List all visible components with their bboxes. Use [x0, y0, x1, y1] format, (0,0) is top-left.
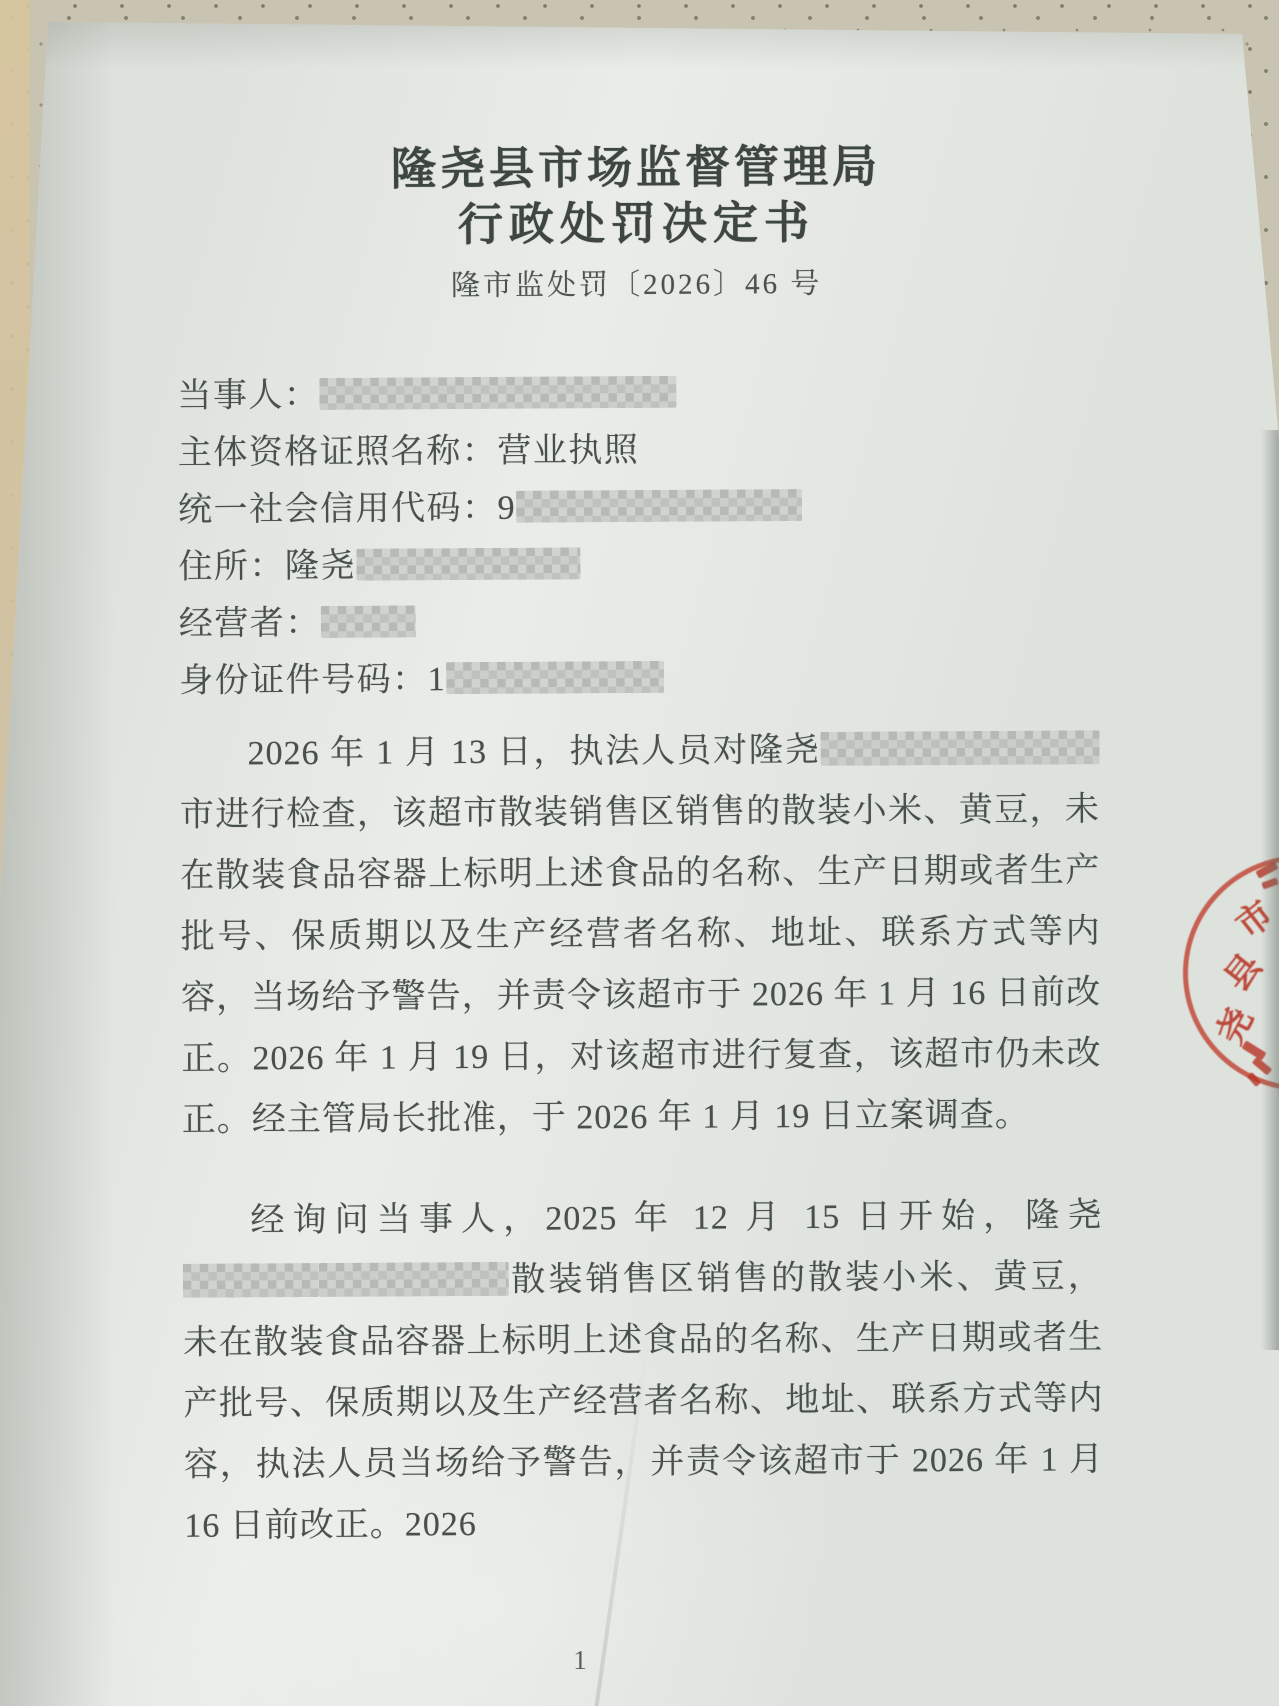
paragraph-text: 市进行检查，该超市散装销售区销售的散装小米、黄豆，未在散装食品容器上标明上述食品…: [180, 791, 1102, 1139]
redaction-mosaic: [319, 1262, 510, 1297]
redaction-mosaic: [356, 547, 581, 580]
field-value: 1: [428, 661, 447, 698]
field-row: 身份证件号码：1: [179, 647, 1099, 710]
photo-background: 隆尧县市场监督管理局 行政处罚决定书 隆市监处罚〔2026〕46 号 当事人：主…: [0, 0, 1279, 1706]
field-label: 主体资格证照名称：: [178, 433, 498, 472]
field-row: 当事人：: [177, 362, 1097, 425]
field-row: 统一社会信用代码：9: [178, 476, 1098, 539]
redaction-mosaic: [516, 489, 802, 523]
field-label: 身份证件号码：: [179, 661, 428, 700]
redaction-mosaic: [319, 376, 676, 410]
document-page: 隆尧县市场监督管理局 行政处罚决定书 隆市监处罚〔2026〕46 号 当事人：主…: [0, 0, 1279, 1706]
paragraph-text: 经询问当事人，2025 年 12 月 15 日开始，隆尧: [250, 1197, 1102, 1239]
field-value: 隆尧: [285, 548, 356, 585]
page-edge-shadow: [1261, 430, 1279, 1350]
field-row: 住所：隆尧: [178, 533, 1098, 596]
field-label: 统一社会信用代码：: [178, 490, 498, 529]
field-label: 当事人：: [177, 377, 319, 415]
document-content: 隆尧县市场监督管理局 行政处罚决定书 隆市监处罚〔2026〕46 号 当事人：主…: [0, 0, 1279, 1558]
redaction-mosaic: [821, 730, 1100, 766]
field-label: 经营者：: [179, 605, 321, 643]
paragraph: 2026 年 1 月 13 日，执法人员对隆尧市进行检查，该超市散装销售区销售的…: [179, 718, 1102, 1151]
body-paragraphs: 2026 年 1 月 13 日，执法人员对隆尧市进行检查，该超市散装销售区销售的…: [179, 718, 1104, 1557]
field-value: 9: [497, 490, 516, 527]
party-info-fields: 当事人：主体资格证照名称：营业执照统一社会信用代码：9住所：隆尧经营者：身份证件…: [177, 362, 1099, 710]
redaction-mosaic: [446, 661, 664, 694]
paragraph-text: 散装销售区销售的散装小米、黄豆，未在散装食品容器上标明上述食品的名称、生产日期或…: [183, 1258, 1104, 1545]
field-row: 经营者：: [179, 590, 1099, 653]
authority-title: 隆尧县市场监督管理局: [176, 137, 1096, 199]
field-row: 主体资格证照名称：营业执照: [178, 419, 1098, 482]
redaction-mosaic: [183, 1263, 319, 1298]
field-value: 营业执照: [497, 432, 639, 470]
page-number: 1: [560, 1645, 600, 1676]
document-number: 隆市监处罚〔2026〕46 号: [177, 259, 1097, 306]
paragraph-text: 2026 年 1 月 13 日，执法人员对隆尧: [247, 732, 820, 773]
redaction-mosaic: [321, 605, 416, 638]
field-label: 住所：: [178, 548, 285, 586]
document-title: 行政处罚决定书: [176, 193, 1096, 255]
